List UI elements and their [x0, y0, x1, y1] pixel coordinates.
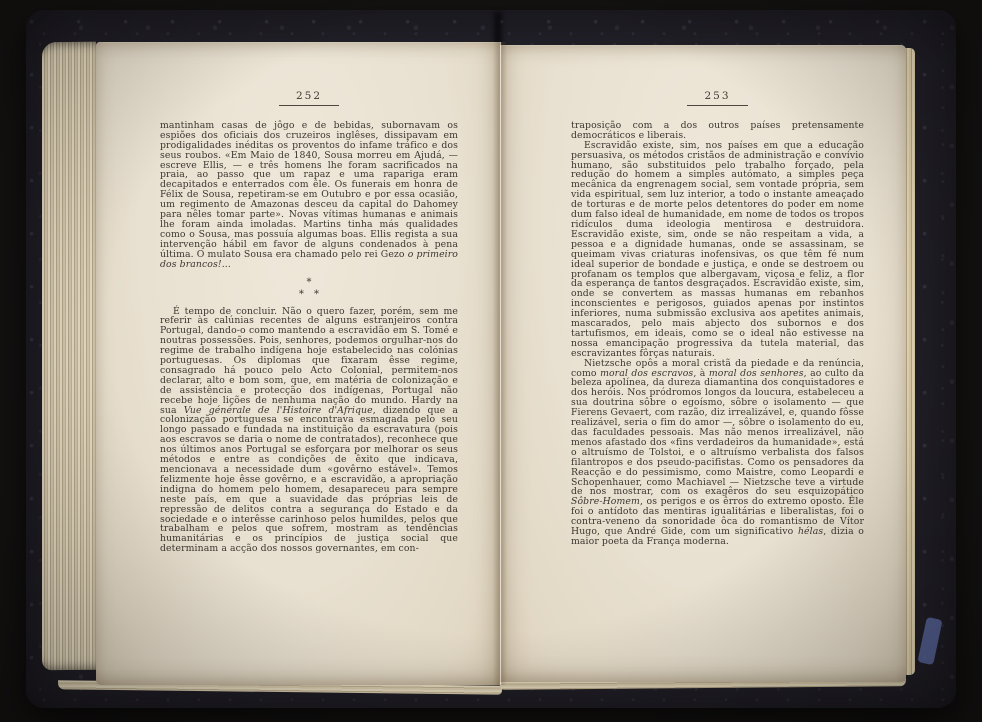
- paragraph: mantinham casas de jôgo e de bebidas, su…: [160, 121, 458, 270]
- gutter-shadow: [493, 42, 507, 685]
- page-number: 252: [279, 92, 339, 106]
- left-page-text-block: 252 mantinham casas de jôgo e de bebidas…: [160, 92, 458, 554]
- book-photo: 252 mantinham casas de jôgo e de bebidas…: [0, 0, 982, 722]
- asterism-divider: ** *: [160, 277, 458, 301]
- page-text: mantinham casas de jôgo e de bebidas, su…: [160, 121, 458, 554]
- paragraph: Escravidão existe, sim, nos países em qu…: [571, 141, 864, 359]
- page-text: traposição com a dos outros países prete…: [571, 121, 864, 547]
- left-page-header: 252: [160, 92, 458, 106]
- paragraph: Nietzsche opôs a moral cristã da piedade…: [571, 359, 864, 547]
- right-page-text-block: 253 traposição com a dos outros países p…: [571, 92, 864, 547]
- page-number: 253: [687, 92, 747, 106]
- right-page-header: 253: [571, 92, 864, 106]
- paragraph: traposição com a dos outros países prete…: [571, 121, 864, 141]
- spine-head-notch: [494, 12, 502, 46]
- page-stack-left-edge: [42, 42, 96, 671]
- paragraph: É tempo de concluir. Não o quero fazer, …: [160, 307, 458, 555]
